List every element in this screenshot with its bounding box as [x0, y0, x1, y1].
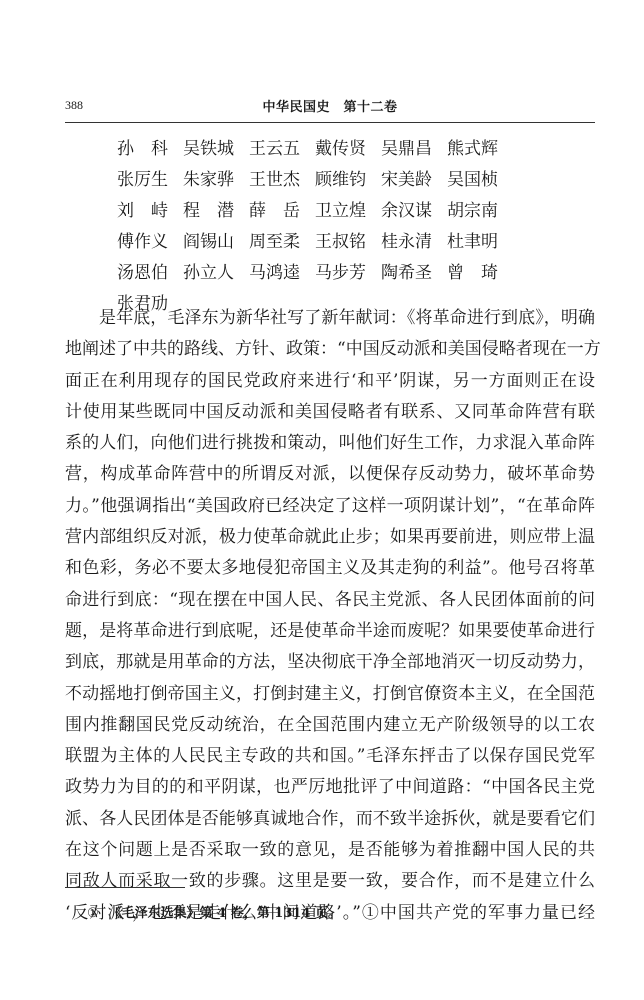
- name-item: 傅作义: [117, 227, 183, 258]
- name-item: 吴国桢: [447, 165, 513, 196]
- text-line: 题，是将革命进行到底呢，还是使革命半途而废呢？如果要使革命进行: [65, 616, 595, 647]
- name-item: 顾维钧: [315, 165, 381, 196]
- text-line: 营内部组织反对派，极力使革命就此止步；如果再要前进，则应带上温: [65, 522, 595, 553]
- name-item: 孙 科: [117, 134, 183, 165]
- text-line: 地阐述了中共的路线、方针、政策：“中国反动派和美国侵略者现在一方: [65, 334, 595, 365]
- text-line: 联盟为主体的人民民主专政的共和国。”毛泽东抨击了以保存国民党军: [65, 741, 595, 772]
- name-row: 张厉生 朱家骅 王世杰 顾维钧 宋美龄 吴国桢: [117, 165, 513, 196]
- footnote-mark: ①: [87, 906, 99, 921]
- name-item: 陶希圣: [381, 258, 447, 289]
- name-item: 马鸿逵: [249, 258, 315, 289]
- name-item: 胡宗南: [447, 196, 513, 227]
- name-item: 马步芳: [315, 258, 381, 289]
- text-line: 计使用某些既同中国反动派和美国侵略者有联系、又同革命阵营有联: [65, 397, 595, 428]
- name-item: 王叔铭: [315, 227, 381, 258]
- text-line: 力。”他强调指出“美国政府已经决定了这样一项阴谋计划”，“在革命阵: [65, 491, 595, 522]
- name-item: 卫立煌: [315, 196, 381, 227]
- name-item: 熊式辉: [447, 134, 513, 165]
- name-item: 宋美龄: [381, 165, 447, 196]
- name-item: 刘 峙: [117, 196, 183, 227]
- name-item: 张厉生: [117, 165, 183, 196]
- text-line: 围内推翻国民党反动统治，在全国范围内建立无产阶级领导的以工农: [65, 710, 595, 741]
- name-item: 朱家骅: [183, 165, 249, 196]
- name-item: 程 潜: [183, 196, 249, 227]
- name-item: 汤恩伯: [117, 258, 183, 289]
- text-line: 和色彩，务必不要太多地侵犯帝国主义及其走狗的利益”。他号召将革: [65, 553, 595, 584]
- text-line: 营，构成革命阵营中的所谓反对派，以便保存反动势力，破坏革命势: [65, 459, 595, 490]
- name-item: 孙立人: [183, 258, 249, 289]
- body-paragraph: 是年底，毛泽东为新华社写了新年献词：《将革命进行到底》，明确 地阐述了中共的路线…: [65, 303, 595, 929]
- name-row: 傅作义 阎锡山 周至柔 王叔铭 桂永清 杜聿明: [117, 227, 513, 258]
- text-line: 面正在利用现存的国民党政府来进行‘和平’阴谋，另一方面则正在设: [65, 366, 595, 397]
- name-item: 吴铁城: [183, 134, 249, 165]
- text-line: 到底，那就是用革命的方法，坚决彻底干净全部地消灭一切反动势力，: [65, 647, 595, 678]
- footnote-rule: [65, 887, 185, 888]
- name-row: 孙 科 吴铁城 王云五 戴传贤 吴鼎昌 熊式辉: [117, 134, 513, 165]
- name-item: 薛 岳: [249, 196, 315, 227]
- text-line: 是年底，毛泽东为新华社写了新年献词：《将革命进行到底》，明确: [65, 303, 595, 334]
- name-row: 汤恩伯 孙立人 马鸿逵 马步芳 陶希圣 曾 琦: [117, 258, 513, 289]
- name-item: 吴鼎昌: [381, 134, 447, 165]
- text-line: 系的人们，向他们进行挑拨和策动，叫他们好生工作，力求混入革命阵: [65, 428, 595, 459]
- text-line: 政势力为目的的和平阴谋，也严厉地批评了中间道路：“中国各民主党: [65, 772, 595, 803]
- text-line: 同敌人而采取一致的步骤。这里是要一致，要合作，而不是建立什么: [65, 866, 595, 897]
- name-list: 孙 科 吴铁城 王云五 戴传贤 吴鼎昌 熊式辉 张厉生 朱家骅 王世杰 顾维钧 …: [117, 134, 513, 320]
- footnote: ①《毛泽东选集》第 4 卷，第 1314 页。: [87, 902, 341, 921]
- text-line: 不动摇地打倒帝国主义，打倒封建主义，打倒官僚资本主义，在全国范: [65, 679, 595, 710]
- name-row: 刘 峙 程 潜 薛 岳 卫立煌 余汉谋 胡宗南: [117, 196, 513, 227]
- running-title: 中华民国史 第十二卷: [65, 96, 595, 115]
- name-item: 阎锡山: [183, 227, 249, 258]
- name-item: 余汉谋: [381, 196, 447, 227]
- footnote-text: 《毛泽东选集》第 4 卷，第 1314 页。: [109, 906, 341, 921]
- name-item: 桂永清: [381, 227, 447, 258]
- name-item: 杜聿明: [447, 227, 513, 258]
- text-line: 派、各人民团体是否能够真诚地合作，而不致半途拆伙，就是要看它们: [65, 804, 595, 835]
- text-line: 命进行到底：“现在摆在中国人民、各民主党派、各人民团体面前的问: [65, 585, 595, 616]
- header-rule: [65, 122, 595, 123]
- name-item: 王世杰: [249, 165, 315, 196]
- page-header: 388 中华民国史 第十二卷: [65, 96, 595, 118]
- name-item: 周至柔: [249, 227, 315, 258]
- name-item: 戴传贤: [315, 134, 381, 165]
- name-item: 王云五: [249, 134, 315, 165]
- name-item: 曾 琦: [447, 258, 513, 289]
- text-line: 在这个问题上是否采取一致的意见，是否能够为着推翻中国人民的共: [65, 835, 595, 866]
